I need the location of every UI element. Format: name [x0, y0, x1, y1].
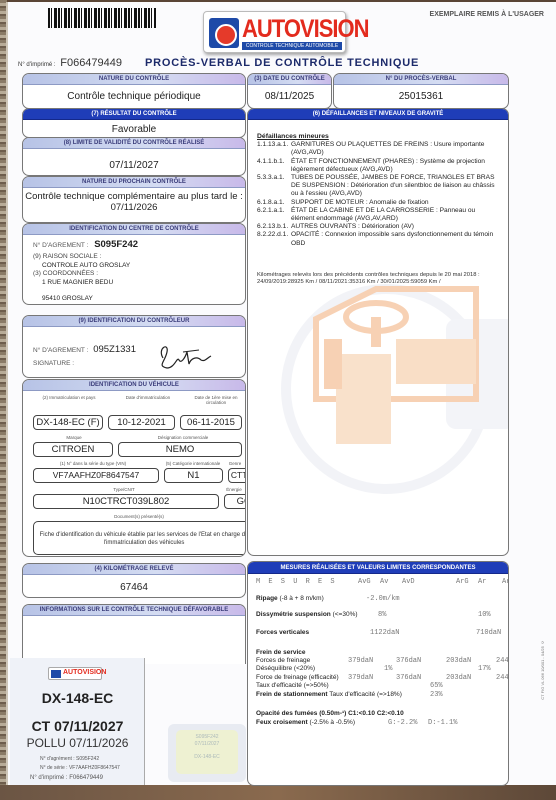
centre-box: IDENTIFICATION DU CENTRE DE CONTRÔLE N° …	[22, 223, 246, 305]
mesures-header: M E S U R E S AvG Av AvD ArG Ar ArD	[256, 578, 502, 588]
energie-field: GO	[224, 494, 246, 509]
brand-subtitle: CONTROLE TECHNIQUE AUTOMOBILE	[242, 42, 342, 50]
mesures-box: MESURES RÉALISÉES ET VALEURS LIMITES COR…	[247, 561, 509, 786]
categorie-label: (5) Catégorie internationale	[163, 461, 223, 466]
frein-service-title: Frein de service	[256, 649, 502, 656]
centre-agrement-value: S095F242	[94, 239, 138, 250]
controleur-label: (9) IDENTIFICATION DU CONTRÔLEUR	[23, 316, 245, 327]
designation-field: NEMO	[118, 442, 242, 457]
sticker-immat: DX-148-EC	[10, 690, 145, 706]
defaillances-box: (6) DÉFAILLANCES ET NIVEAUX DE GRAVITÉ D…	[247, 108, 509, 556]
controleur-agrement: N° D'AGREMENT : 095Z1331	[33, 344, 136, 355]
sticker-ct-date: CT 07/11/2027	[10, 718, 145, 734]
ripage-row: Ripage (-8 à + 8 m/km) -2.0m/km	[256, 595, 502, 605]
autovision-logo: AUTOVISION CONTROLE TECHNIQUE AUTOMOBILE	[203, 11, 346, 53]
defaillance-code: 8.2.22.d.1.	[257, 231, 291, 247]
raison-value: CONTROLE AUTO GROSLAY	[33, 262, 130, 271]
immat-field: DX-148-EC (F)	[33, 415, 103, 430]
defaillances-list: Défaillances mineures 1.1.13.a.1.GARNITU…	[257, 133, 500, 248]
print-number: N° d'imprimé : F066479449	[18, 57, 122, 69]
resultat-label: (7) RÉSULTAT DU CONTRÔLE	[23, 109, 245, 120]
brand-name: AUTOVISION	[242, 14, 369, 44]
defavorable-label: INFORMATIONS SUR LE CONTRÔLE TECHNIQUE D…	[23, 605, 245, 616]
documents-label: Document(s) présenté(s)	[29, 514, 246, 519]
defaillance-text: OPACITÉ : Connexion impossible sans dysf…	[291, 231, 500, 247]
vehicule-box: IDENTIFICATION DU VÉHICULE (2) Immatricu…	[22, 379, 246, 557]
stamp-line-1: S095F242	[176, 734, 238, 741]
centre-agrement: N° D'AGREMENT : S095F242	[33, 239, 138, 250]
categorie-field: N1	[164, 468, 223, 483]
type-field: N10CTRCT039L802	[33, 494, 219, 509]
validity-sticker: AUTOVISION DX-148-EC CT 07/11/2027 POLLU…	[10, 658, 145, 785]
vin-label: (1) N° dans la série du type (VIN)	[29, 461, 157, 466]
sticker-pollu-date: POLLU 07/11/2026	[10, 736, 145, 750]
defaillance-text: TUBES DE POUSSÉE, JAMBES DE FORCE, TRIAN…	[291, 174, 500, 199]
resultat-box: (7) RÉSULTAT DU CONTRÔLE Favorable	[22, 108, 246, 138]
prochain-label: NATURE DU PROCHAIN CONTRÔLE	[23, 177, 245, 188]
form-reference: CT FIG VL 066 10/001 - 04/25 ©	[540, 640, 545, 700]
genre-field: CTTE	[228, 468, 246, 483]
date-box: (3) DATE DU CONTRÔLE 08/11/2025	[247, 73, 332, 109]
mesures-label: MESURES RÉALISÉES ET VALEURS LIMITES COR…	[248, 562, 508, 574]
defaillance-text: ÉTAT ET FONCTIONNEMENT (PHARES) : Systèm…	[291, 158, 500, 174]
defaillance-code: 6.2.13.b.1.	[257, 223, 291, 231]
kilometrage-label: (4) KILOMÉTRAGE RELEVÉ	[23, 564, 245, 575]
kilometrage-box: (4) KILOMÉTRAGE RELEVÉ 67464	[22, 563, 246, 598]
defaillance-item: 5.3.3.a.1.TUBES DE POUSSÉE, JAMBES DE FO…	[257, 174, 500, 199]
vin-field: VF7AAFHZ0F8647547	[33, 468, 159, 483]
defaillance-item: 4.1.1.b.1.ÉTAT ET FONCTIONNEMENT (PHARES…	[257, 158, 500, 174]
signature	[153, 338, 213, 372]
kilometrage-value: 67464	[23, 582, 245, 593]
controleur-box: (9) IDENTIFICATION DU CONTRÔLEUR N° D'AG…	[22, 315, 246, 378]
brand-icon	[209, 18, 239, 48]
genre-label: Genre	[223, 461, 246, 466]
forces-verticales-row: Forces verticales 1122daN 710daN	[256, 629, 502, 639]
pv-box: N° DU PROCÈS-VERBAL 25015361	[333, 73, 509, 109]
defaillance-text: ÉTAT DE LA CABINE ET DE LA CARROSSERIE :…	[291, 207, 500, 223]
defaillance-code: 6.2.1.a.1.	[257, 207, 291, 223]
type-label: Type/CNIT	[29, 487, 219, 492]
opacite-row: Opacité des fumées (0.50m-¹) C1:<0.10 C2…	[256, 710, 502, 719]
date-immat-field: 10-12-2021	[108, 415, 175, 430]
sticker-serie: N° de série : VF7AAFHZ0F8647547	[40, 765, 120, 771]
coord-label: (3) COORDONNÉES :	[33, 270, 130, 279]
sticker-agrement: N° d'agrément : S095F242	[40, 756, 99, 762]
desequilibre-row: Déséquilibre (<20%) 1% 17%	[256, 665, 502, 674]
pv-value: 25015361	[334, 91, 508, 102]
defaillance-item: 1.1.13.a.1.GARNITURES OU PLAQUETTES DE F…	[257, 141, 500, 157]
validite-box: (8) LIMITE DE VALIDITÉ DU CONTRÔLE RÉALI…	[22, 137, 246, 176]
dissymetrie-row: Dissymétrie suspension (<=30%) 8% 10%	[256, 611, 502, 621]
premiere-label: Date de 1ère mise en circulation	[189, 395, 243, 405]
raison-label: (9) RAISON SOCIALE :	[33, 253, 130, 262]
defaillances-label: (6) DÉFAILLANCES ET NIVEAUX DE GRAVITÉ	[248, 109, 508, 120]
sticker-logo: AUTOVISION	[48, 667, 102, 680]
address-line-1: 1 RUE MAGNIER BEDU	[33, 279, 130, 288]
defaillance-code: 1.1.13.a.1.	[257, 141, 291, 157]
vehicule-label: IDENTIFICATION DU VÉHICULE	[23, 380, 245, 391]
centre-label: IDENTIFICATION DU CENTRE DE CONTRÔLE	[23, 224, 245, 235]
validite-value: 07/11/2027	[23, 160, 245, 171]
pv-label: N° DU PROCÈS-VERBAL	[334, 74, 508, 85]
nature-box: NATURE DU CONTRÔLE Contrôle technique pé…	[22, 73, 246, 109]
car-watermark-icon	[276, 279, 509, 509]
defavorable-box: INFORMATIONS SUR LE CONTRÔLE TECHNIQUE D…	[22, 604, 246, 664]
date-label: (3) DATE DU CONTRÔLE	[248, 74, 331, 85]
controleur-agrement-value: 095Z1331	[93, 344, 136, 355]
print-number-value: F066479449	[60, 57, 122, 69]
date-immat-label: Date d'immatriculation	[113, 395, 183, 400]
defaillance-code: 6.1.8.a.1.	[257, 199, 291, 207]
nature-value: Contrôle technique périodique	[23, 91, 245, 102]
resultat-value: Favorable	[23, 124, 245, 135]
marque-label: Marque	[29, 435, 119, 440]
defaillance-item: 6.1.8.a.1.SUPPORT DE MOTEUR : Anomalie d…	[257, 199, 500, 207]
documents-field: Fiche d'identification du véhicule établ…	[33, 521, 246, 555]
stamp-line-2: 07/11/2027	[176, 741, 238, 748]
prochain-text: Contrôle technique complémentaire au plu…	[23, 191, 245, 202]
km-history: Kilométrages relevés lors des précédents…	[257, 272, 500, 286]
validite-label: (8) LIMITE DE VALIDITÉ DU CONTRÔLE RÉALI…	[23, 138, 245, 149]
brand-icon	[51, 670, 61, 678]
premiere-field: 06-11-2015	[180, 415, 242, 430]
signature-label: SIGNATURE :	[33, 360, 74, 367]
stamp: S095F242 07/11/2027 DX-148-EC	[168, 724, 246, 782]
designation-label: Désignation commerciale	[123, 435, 243, 440]
prochain-box: NATURE DU PROCHAIN CONTRÔLE Contrôle tec…	[22, 176, 246, 223]
sticker-imprime: N° d'imprimé : F066479449	[30, 775, 103, 781]
immat-label: (2) Immatriculation et pays	[29, 395, 109, 400]
print-number-label: N° d'imprimé :	[18, 62, 56, 68]
date-value: 08/11/2025	[248, 91, 331, 102]
document-title: PROCÈS-VERBAL DE CONTRÔLE TECHNIQUE	[145, 57, 419, 69]
stationnement-row: Frein de stationnement Taux d'efficacité…	[256, 691, 502, 700]
defaillance-code: 4.1.1.b.1.	[257, 158, 291, 174]
defaillance-text: SUPPORT DE MOTEUR : Anomalie de fixation	[291, 199, 500, 207]
taux-efficacite-row: Taux d'efficacité (=>50%) 65%	[256, 682, 502, 691]
defaillances-title: Défaillances mineures	[257, 133, 500, 141]
address-line-2: 95410 GROSLAY	[33, 295, 130, 304]
marque-field: CITROEN	[33, 442, 113, 457]
centre-phone: 01.34.12.96.15	[33, 304, 130, 306]
energie-label: Énergie	[219, 487, 246, 492]
barcode	[48, 8, 156, 28]
defaillance-item: 6.2.1.a.1.ÉTAT DE LA CABINE ET DE LA CAR…	[257, 207, 500, 223]
nature-label: NATURE DU CONTRÔLE	[23, 74, 245, 85]
defaillance-text: GARNITURES OU PLAQUETTES DE FREINS : Usu…	[291, 141, 500, 157]
defaillance-code: 5.3.3.a.1.	[257, 174, 291, 199]
copy-notice: EXEMPLAIRE REMIS À L'USAGER	[430, 11, 544, 18]
table-surface	[0, 785, 556, 800]
stamp-line-3: DX-148-EC	[176, 754, 238, 761]
feux-row: Feux croisement (-2.5% à -0.5%) G:-2.2% …	[256, 719, 502, 728]
defaillance-item: 8.2.22.d.1.OPACITÉ : Connexion impossibl…	[257, 231, 500, 247]
prochain-date: 07/11/2026	[23, 202, 245, 213]
